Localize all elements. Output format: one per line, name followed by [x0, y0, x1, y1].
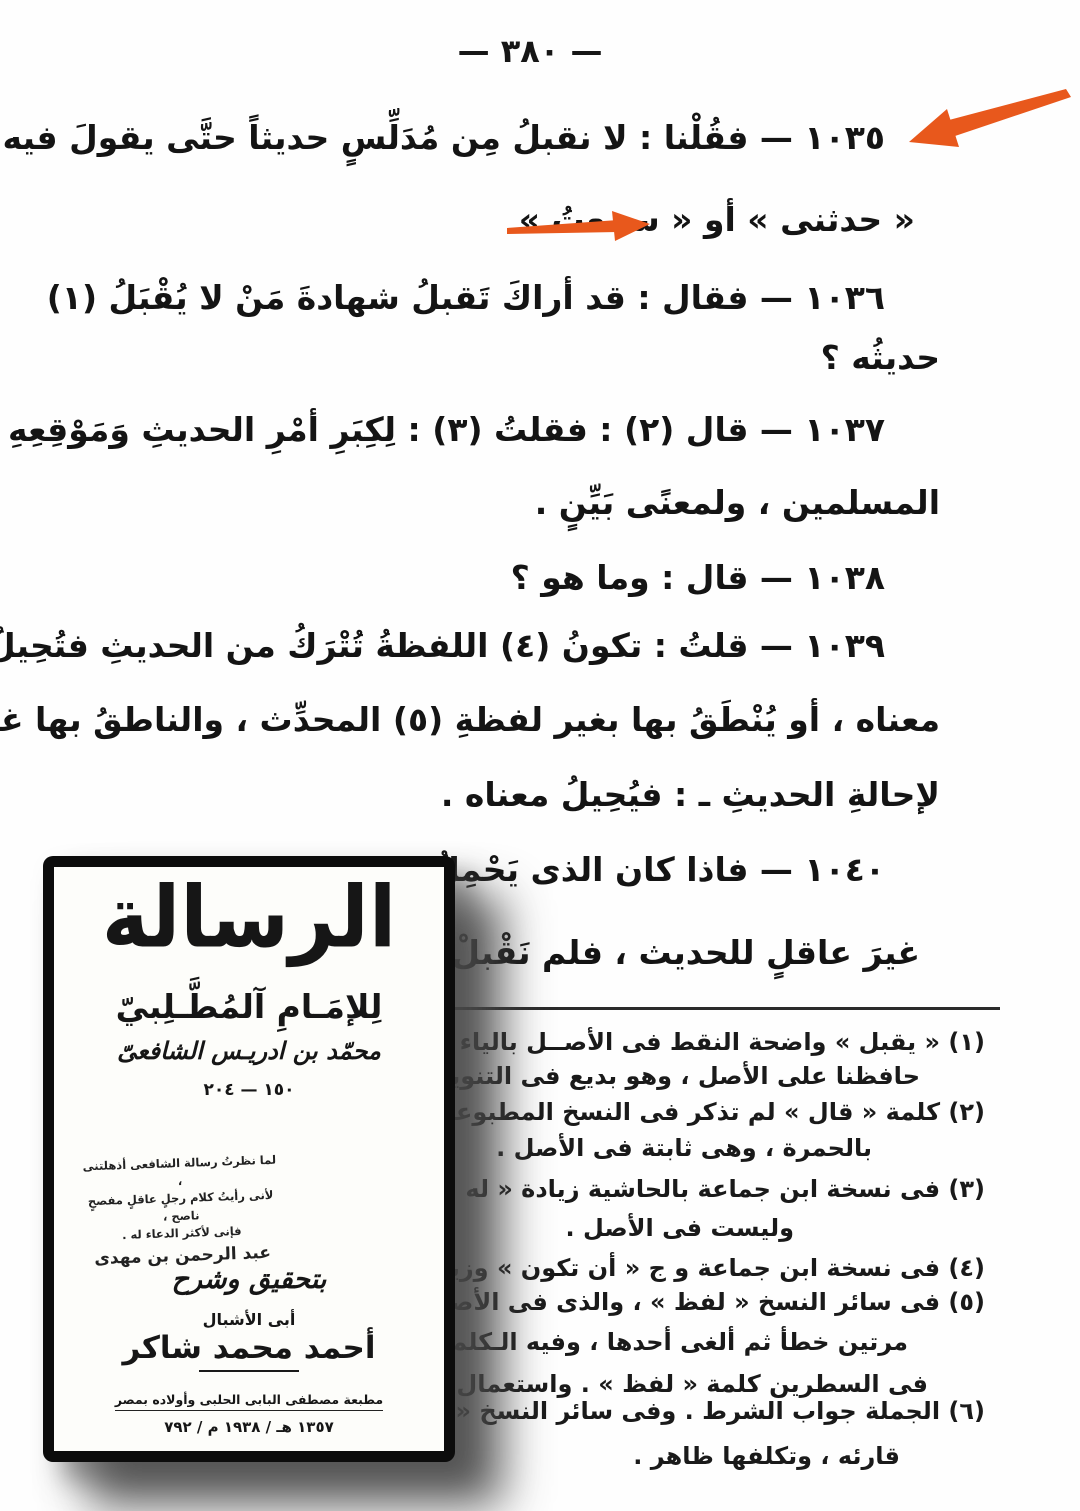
scanned-book-page: — ٣٨٠ — ١٠٣٥ — فقُلْنا : لا نقبلُ مِن مُ…: [0, 0, 1080, 1511]
footnote-2-line-1: (٢) كلمة « قال » لم تذكر فى النسخ المطبو…: [401, 1098, 985, 1126]
footnote-2-line-2: بالحمرة ، وهى ثابتة فى الأصل .: [496, 1134, 872, 1162]
cover-publisher: مطبعة مصطفى البابى الحلبى وأولاده بمصر: [54, 1392, 444, 1411]
cover-editor-name: أحمد محمد شاكر: [54, 1330, 444, 1366]
footnote-4-line-1: (٤) فى نسخة ابن جماعة و ج « أن تكون » وز…: [430, 1254, 985, 1282]
footnote-1-line-1: (١) « يقبل » واضحة النقط فى الأصــل بالي…: [373, 1028, 985, 1056]
cover-title-calligraphy: الرسالة: [54, 868, 444, 967]
footnote-3-line-2: وليست فى الأصل .: [566, 1214, 794, 1242]
cover-publisher-text: مطبعة مصطفى البابى الحلبى وأولاده بمصر: [115, 1392, 383, 1411]
footnote-separator: [436, 1007, 1000, 1010]
page-number: — ٣٨٠ —: [0, 32, 1060, 70]
para-1038-line-1: ١٠٣٨ — قال : وما هو ؟: [511, 558, 885, 597]
para-1039-line-2: معناه ، أو يُنْطَقُ بها بغير لفظةِ (٥) ا…: [0, 700, 940, 739]
cover-author-honorific: لِلإمَـامِ آلمُطَّـلِبيّ: [54, 987, 444, 1026]
arrow-1035-icon: [909, 89, 1071, 147]
footnote-6-line-2: قارئه ، وتكلفها ظاهر .: [633, 1442, 900, 1470]
para-1039-line-1: ١٠٣٩ — قلتُ : تكونُ (٤) اللفظةُ تُتْرَكُ…: [0, 626, 885, 665]
cover-divider: [199, 1370, 299, 1372]
footnote-5-line-2: مرتين خطأ ثم ألغى أحدها ، وفيه الـكلمة «…: [397, 1328, 908, 1356]
para-1035-line-2: « حدثنى » أو « سمعتُ »: [519, 200, 915, 239]
para-1035-line-1: ١٠٣٥ — فقُلْنا : لا نقبلُ مِن مُدَلِّسٍ …: [3, 118, 885, 157]
book-cover-overlay: الرسالة لِلإمَـامِ آلمُطَّـلِبيّ محمّد ب…: [43, 856, 455, 1462]
cover-quote-block: لما نظرتُ رسالة الشافعى أذهلتنى ، لأنى ر…: [80, 1152, 282, 1269]
para-1036-line-2: حديثُه ؟: [821, 338, 940, 377]
cover-author-name: محمّد بن ادريـس الشافعىّ: [54, 1037, 444, 1065]
cover-editor-intro: بتحقيق وشرح: [54, 1264, 444, 1295]
footnote-6-line-1: (٦) الجملة جواب الشرط . وفى سائر النسخ «…: [410, 1397, 985, 1425]
cover-edition-line: ١٣٥٧ هـ / ١٩٣٨ م / ٧٩٢: [54, 1418, 444, 1436]
para-1037-line-2: المسلمين ، ولمعنًى بَيِّنٍ .: [535, 483, 940, 522]
para-1039-line-3: لإحالةِ الحديثِ ـ : فيُحِيلُ معناه .: [441, 775, 940, 814]
para-1037-line-1: ١٠٣٧ — قال (٢) : فقلتُ (٣) : لِكِبَرِ أم…: [0, 410, 885, 449]
cover-editor-kunya: أبى الأشبال: [54, 1310, 444, 1329]
cover-author-dates: ١٥٠ — ٢٠٤: [54, 1080, 444, 1100]
footnote-3-line-1: (٣) فى نسخة ابن جماعة بالحاشية زيادة « ل…: [374, 1175, 985, 1203]
para-1036-line-1: ١٠٣٦ — فقال : قد أراكَ تَقبلُ شهادةَ مَن…: [47, 278, 885, 317]
